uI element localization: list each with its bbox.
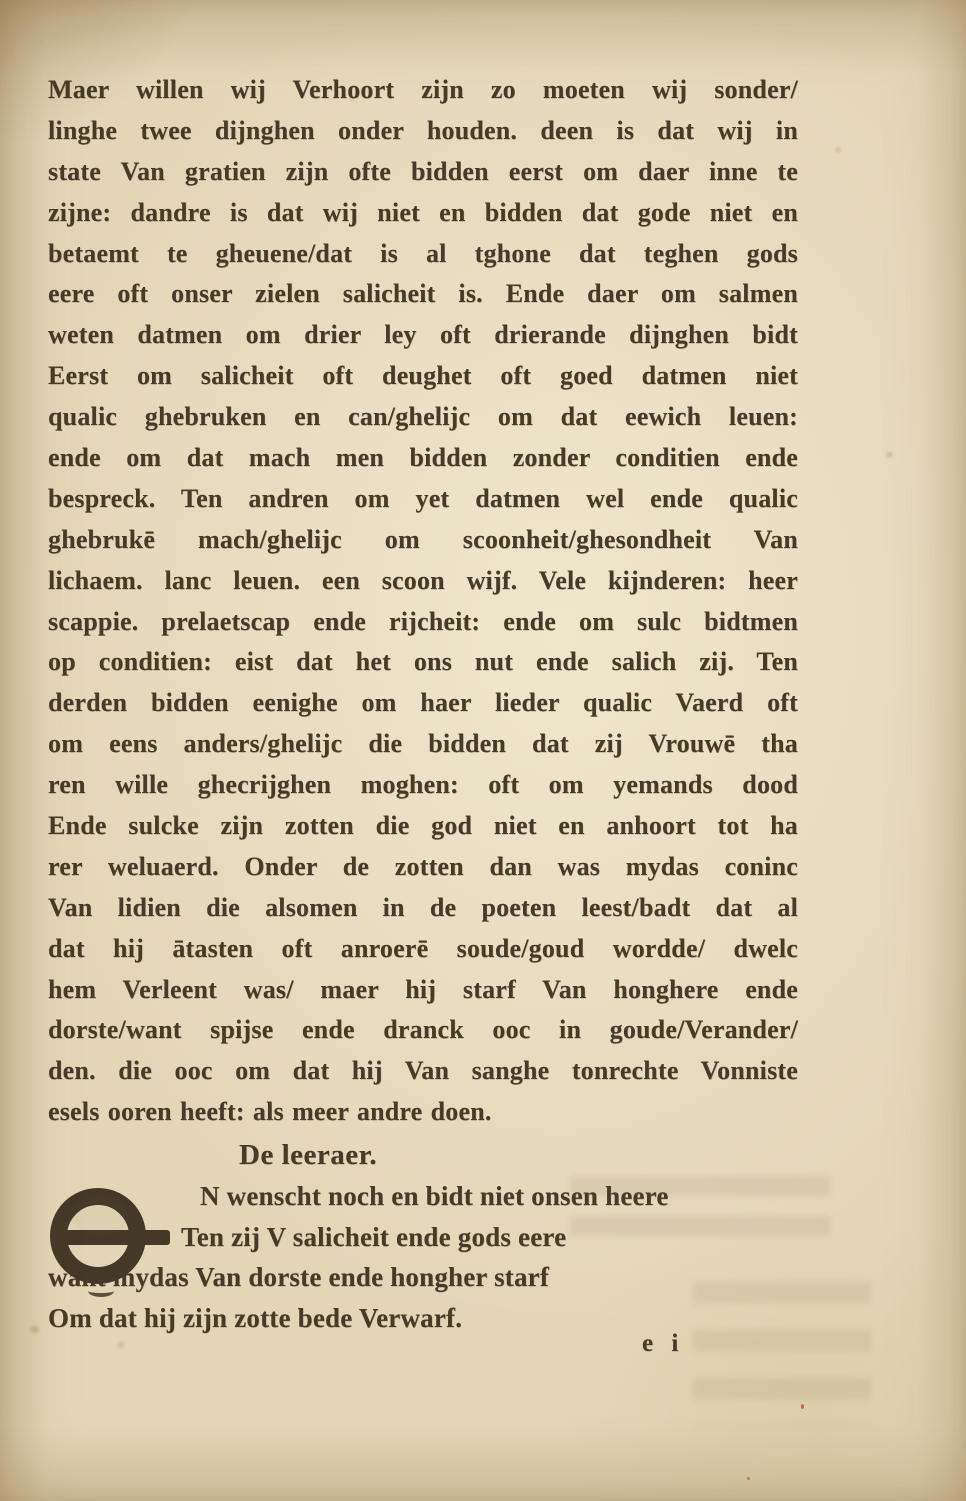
text-line: lichaem. lanc leuen. een scoon wijf. Vel…: [48, 561, 798, 602]
drop-cap-tail: [88, 1285, 114, 1297]
text-line: linghe twee dijnghen onder houden. deen …: [48, 111, 798, 152]
verse-block: E N wenscht noch en bidt niet onsen heer…: [48, 1176, 778, 1338]
red-ink-speck: [747, 1477, 750, 1480]
text-line: scappie. prelaetscap ende rijcheit: ende…: [48, 602, 798, 643]
text-line: dorste/want spijse ende dranck ooc in go…: [48, 1010, 798, 1051]
text-line: Ende sulcke zijn zotten die god niet en …: [48, 806, 798, 847]
text-line: Van lidien die alsomen in de poeten lees…: [48, 888, 798, 929]
text-line: esels ooren heeft: als meer andre doen.: [48, 1092, 798, 1133]
text-line: zijne: dandre is dat wij niet en bidden …: [48, 193, 798, 234]
text-line: den. die ooc om dat hij Van sanghe tonre…: [48, 1051, 798, 1092]
text-line: qualic ghebruken en can/ghelijc om dat e…: [48, 397, 798, 438]
foxing-spot: [118, 1342, 124, 1348]
text-line: derden bidden eenighe om haer lieder qua…: [48, 683, 798, 724]
red-ink-speck: [801, 1404, 804, 1409]
book-page: Maer willen wij Verhoort zijn zo moeten …: [0, 0, 966, 1501]
text-line: state Van gratien zijn ofte bidden eerst…: [48, 152, 798, 193]
text-line: ghebrukē mach/ghelijc om scoonheit/gheso…: [48, 520, 798, 561]
foxing-spot: [836, 148, 840, 152]
text-line: bespreck. Ten andren om yet datmen wel e…: [48, 479, 798, 520]
text-line: dat hij ātasten oft anroerē soude/goud w…: [48, 929, 798, 970]
text-line: rer weluaerd. Onder de zotten dan was my…: [48, 847, 798, 888]
foxing-spot: [30, 1326, 39, 1333]
prose-block: Maer willen wij Verhoort zijn zo moeten …: [48, 70, 798, 1133]
signature-mark: e i: [642, 1330, 678, 1358]
drop-cap-bar: [58, 1230, 170, 1245]
text-line: weten datmen om drier ley oft drierande …: [48, 315, 798, 356]
text-line: om eens anders/ghelijc die bidden dat zi…: [48, 724, 798, 765]
text-line: eere oft onser zielen salicheit is. Ende…: [48, 274, 798, 315]
text-line: Eerst om salicheit oft deughet oft goed …: [48, 356, 798, 397]
section-heading: De leeraer.: [239, 1139, 377, 1172]
text-line: Maer willen wij Verhoort zijn zo moeten …: [48, 70, 798, 111]
text-line: op conditien: eist dat het ons nut ende …: [48, 642, 798, 683]
drop-cap-initial: E: [50, 1188, 174, 1286]
text-line: betaemt te gheuene/dat is al tghone dat …: [48, 234, 798, 275]
foxing-spot: [887, 452, 892, 457]
text-line: ren wille ghecrijghen moghen: oft om yem…: [48, 765, 798, 806]
text-line: hem Verleent was/ maer hij starf Van hon…: [48, 970, 798, 1011]
text-line: ende om dat mach men bidden zonder condi…: [48, 438, 798, 479]
